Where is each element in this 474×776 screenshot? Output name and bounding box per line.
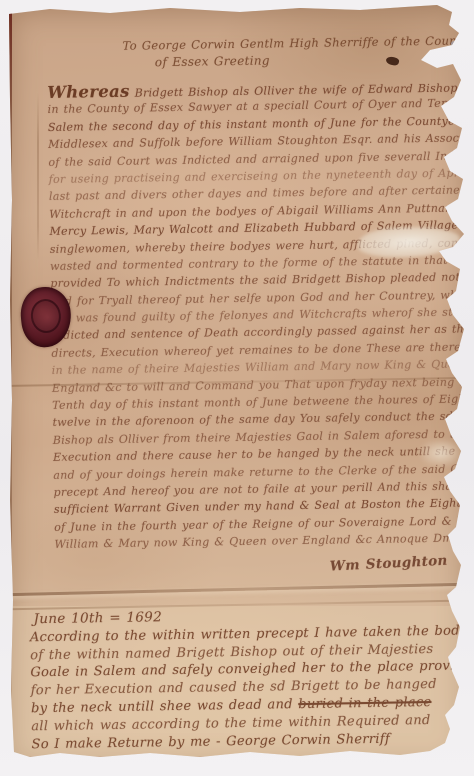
address-line-2: of Essex Greeting <box>155 50 469 69</box>
address-heading: To George Corwin Gentlm High Sherriffe o… <box>123 33 470 69</box>
sheriff-return: June 10th = 1692 According to the within… <box>29 604 474 753</box>
struck-text: buried in the place <box>298 695 431 712</box>
parchment-document: To George Corwin Gentlm High Sherriffe o… <box>0 0 474 776</box>
paper-speck <box>451 41 457 47</box>
opening-word: Whereas <box>47 82 130 102</box>
warrant-body: WhereasBridgett Bishop als Olliver the w… <box>47 77 466 553</box>
fold-crease-vertical <box>37 92 39 260</box>
return-line-text: by the neck untill shee was dead and <box>31 697 298 716</box>
photo-background: To George Corwin Gentlm High Sherriffe o… <box>0 0 474 776</box>
stoughton-signature: Wm Stoughton <box>329 553 448 575</box>
paper-damage-patch-small <box>420 440 462 466</box>
address-line-1: To George Corwin Gentlm High Sherriffe o… <box>123 33 469 52</box>
manuscript-content: To George Corwin Gentlm High Sherriffe o… <box>0 0 474 776</box>
paper-damage-patch <box>358 225 461 259</box>
